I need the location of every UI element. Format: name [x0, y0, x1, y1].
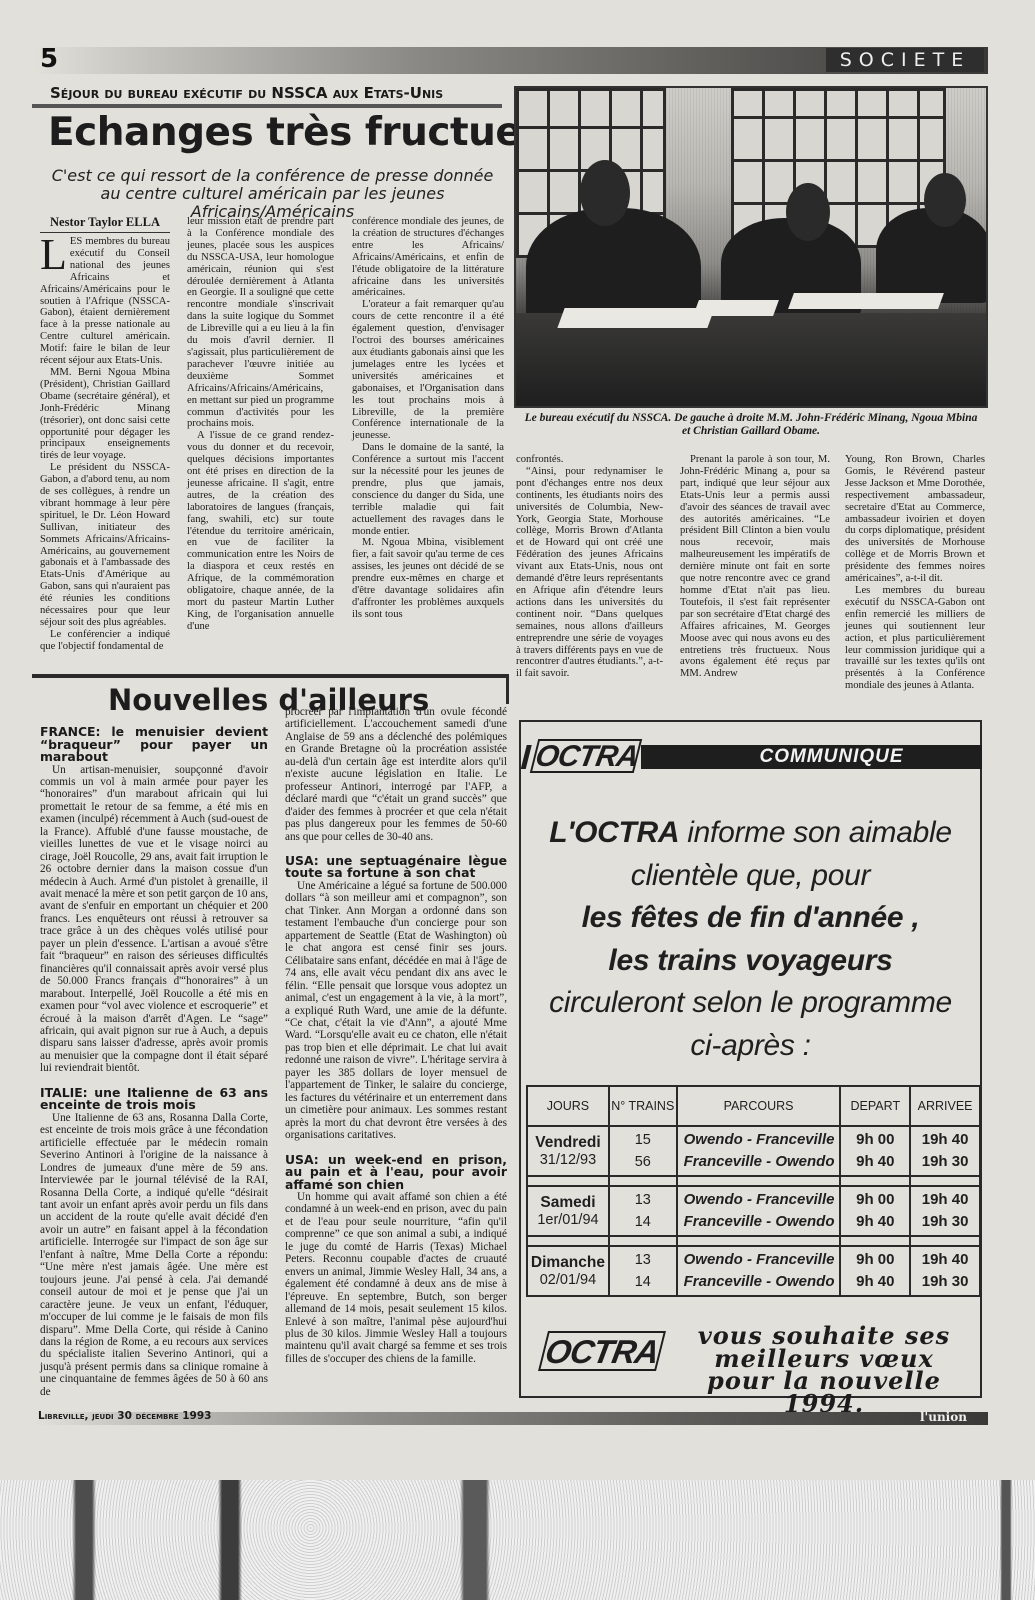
brief-body-france: Un artisan-menuisier, soupçonné d'avoir …	[40, 764, 268, 1075]
col-header: JOURS	[527, 1086, 609, 1126]
brief-body-usa-chien: Un homme qui avait affamé son chien a ét…	[285, 1191, 507, 1365]
brief-body-usa-chat: Une Américaine a légué sa fortune de 500…	[285, 880, 507, 1142]
story-column-4: confrontés. “Ainsi, pour redynamiser le …	[516, 454, 663, 680]
table-spacer	[527, 1176, 980, 1186]
paragraph: Dans le domaine de la santé, la Conféren…	[352, 442, 504, 537]
brief-body-italie-cont: procréer par l'implantation d'un ovule f…	[285, 706, 507, 843]
col-header: N° TRAINS	[609, 1086, 677, 1126]
ad-line: ci-après :	[521, 1025, 980, 1068]
person-head	[580, 160, 630, 226]
story-column-2: leur mission était de prendre part à la …	[187, 216, 334, 633]
octra-advertisement: COMMUNIQUE OCTRA L'OCTRA informe son aim…	[519, 720, 982, 1398]
page-number: 5	[40, 44, 58, 74]
col-header: PARCOURS	[677, 1086, 841, 1126]
ad-line: les fêtes de fin d'année ,	[521, 897, 980, 940]
story-deck: C'est ce qui ressort de la conférence de…	[40, 167, 505, 221]
paragraph: Young, Ron Brown, Charles Gomis, le Révé…	[845, 454, 985, 585]
table-row: Vendredi31/12/93 1556 Owendo - Francevil…	[527, 1126, 980, 1176]
story-column-3: conférence mondiale des jeunes, de la cr…	[352, 216, 504, 621]
col-header: DEPART	[840, 1086, 910, 1126]
brief-body-italie: Une Italienne de 63 ans, Rosanna Dalla C…	[40, 1112, 268, 1398]
person-head	[924, 173, 966, 227]
brief-title-italie: ITALIE: une Italienne de 63 ans enceinte…	[40, 1087, 268, 1112]
newspaper-name: l'union	[920, 1410, 967, 1424]
brief-title-france: FRANCE: le menuisier devient “braqueur” …	[40, 726, 268, 764]
photo-caption: Le bureau exécutif du NSSCA. De gauche à…	[520, 412, 982, 438]
paragraph: Prenant la parole à son tour, M. John-Fr…	[680, 454, 830, 680]
table-row: Dimanche02/01/94 1314 Owendo - Francevil…	[527, 1246, 980, 1296]
scan-artifact	[0, 1480, 1035, 1600]
paragraph: Le président du NSSCA-Gabon, a d'abord t…	[40, 462, 170, 629]
drop-cap: L	[40, 237, 67, 273]
paragraph: “Ainsi, pour redynamiser le pont d'échan…	[516, 466, 663, 680]
brief-title-usa-chat: USA: une septuagénaire lègue toute sa fo…	[285, 855, 507, 880]
story-headline: Echanges très fructueux	[48, 110, 573, 155]
paragraph: Le conférencier a indiqué que l'objectif…	[40, 629, 170, 653]
train-schedule-table: JOURS N° TRAINS PARCOURS DEPART ARRIVEE …	[526, 1085, 981, 1297]
story-kicker: Séjour du bureau exécutif du NSSCA aux E…	[50, 84, 443, 102]
story-column-6: Young, Ron Brown, Charles Gomis, le Révé…	[845, 454, 985, 692]
paragraph: A l'issue de ce grand rendez-vous du don…	[187, 430, 334, 632]
table-row: Samedi1er/01/94 1314 Owendo - Francevill…	[527, 1186, 980, 1236]
ad-wishes: vous souhaite ses meilleurs vœux pour la…	[669, 1325, 979, 1415]
ad-brand: L'OCTRA	[549, 816, 679, 849]
newspaper-page: 5 SOCIETE Séjour du bureau exécutif du N…	[0, 0, 1035, 1600]
paragraph: confrontés.	[516, 454, 663, 466]
octra-logo-bottom: OCTRA	[538, 1331, 666, 1371]
footer-dateline: Libreville, jeudi 30 décembre 1993	[38, 1410, 211, 1422]
table-spacer	[527, 1236, 980, 1246]
document	[557, 308, 714, 328]
section-divider	[32, 674, 508, 678]
story-column-5: Prenant la parole à son tour, M. John-Fr…	[680, 454, 830, 680]
document	[788, 293, 944, 309]
news-photo	[514, 86, 988, 408]
person-right	[876, 208, 988, 303]
ad-line: clientèle que, pour	[521, 855, 980, 898]
table-header-row: JOURS N° TRAINS PARCOURS DEPART ARRIVEE	[527, 1086, 980, 1126]
paragraph: conférence mondiale des jeunes, de la cr…	[352, 216, 504, 299]
ad-line: circuleront selon le programme	[521, 982, 980, 1025]
document	[693, 300, 779, 316]
paragraph: leur mission était de prendre part à la …	[187, 216, 334, 430]
briefs-column-1: FRANCE: le menuisier devient “braqueur” …	[40, 726, 268, 1398]
ad-message: L'OCTRA informe son aimable clientèle qu…	[521, 812, 980, 1067]
paragraph: M. Ngoua Mbina, visiblement fier, a fait…	[352, 537, 504, 620]
col-header: ARRIVEE	[910, 1086, 980, 1126]
person-head	[786, 183, 830, 241]
section-divider-vertical	[506, 674, 509, 704]
paragraph: MM. Berni Ngoua Mbina (Président), Chris…	[40, 367, 170, 462]
section-label: SOCIETE	[826, 48, 984, 72]
kicker-divider	[32, 104, 502, 108]
paragraph: Les membres du bureau exécutif du NSSCA-…	[845, 585, 985, 692]
paragraph: L'orateur a fait remarquer qu'au cours d…	[352, 299, 504, 442]
story-column-1: LES membres du bureau exécutif du Consei…	[40, 236, 170, 653]
paragraph: LES membres du bureau exécutif du Consei…	[40, 236, 170, 367]
octra-logo: OCTRA	[530, 739, 642, 773]
brief-title-usa-chien: USA: un week-end en prison, au pain et à…	[285, 1154, 507, 1192]
briefs-column-2: procréer par l'implantation d'un ovule f…	[285, 706, 507, 1365]
ad-line: les trains voyageurs	[521, 940, 980, 983]
communique-label: COMMUNIQUE	[641, 745, 982, 769]
